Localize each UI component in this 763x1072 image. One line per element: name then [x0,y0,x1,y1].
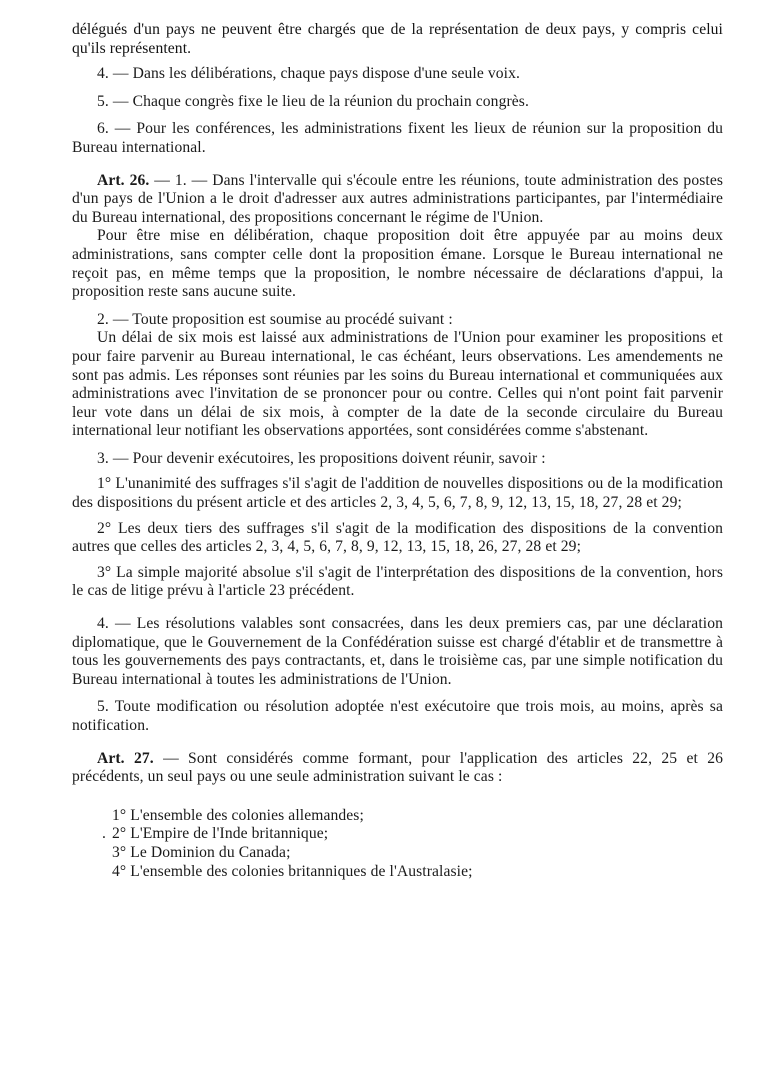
item-dash: — [115,120,131,137]
intro-item-5: 5. — Chaque congrès fixe le lieu de la r… [72,93,723,112]
item-text: Le Dominion du Canada; [130,844,290,861]
item-number: 1° [97,475,111,492]
list-item: 3° Le Dominion du Canada; [72,844,723,863]
item-number: 4. [97,65,109,82]
art26-paragraph-2: Un délai de six mois est laissé aux admi… [72,329,723,441]
intro-item-4: 4. — Dans les délibérations, chaque pays… [72,65,723,84]
paragraph-number: — 1. — [154,172,207,189]
item-number: 3° [97,564,111,581]
list-item: 4° L'ensemble des colonies britanniques … [72,863,723,882]
item-number: 2° [97,520,111,537]
art26-paragraph-4: 4. — Les résolutions valables sont consa… [72,615,723,689]
item-text: L'ensemble des colonies britanniques de … [130,863,472,880]
item-text: La simple majorité absolue s'il s'agit d… [72,564,723,600]
item-text: Les deux tiers des suffrages s'il s'agit… [72,520,723,556]
item-dash: — [113,65,129,82]
article-heading: Art. 27. [97,750,154,767]
stray-mark: . [102,825,106,844]
item-number: 4° [112,863,126,880]
item-text: Chaque congrès fixe le lieu de la réunio… [133,93,529,110]
item-number: 6. [97,120,109,137]
art26-paragraph-5: 5. Toute modification ou résolution adop… [72,698,723,735]
article-heading: Art. 26. [97,172,149,189]
art26-p3-item-2: 2° Les deux tiers des suffrages s'il s'a… [72,520,723,557]
art26-paragraph-2-heading: 2. — Toute proposition est soumise au pr… [72,311,723,330]
art26-paragraph-1: Art. 26. — 1. — Dans l'intervalle qui s'… [72,172,723,228]
art26-paragraph-3-heading: 3. — Pour devenir exécutoires, les propo… [72,450,723,469]
item-number: 2° [112,825,126,842]
item-dash: — [113,93,129,110]
document-page: délégués d'un pays ne peuvent être charg… [72,21,723,881]
art26-p3-item-1: 1° L'unanimité des suffrages s'il s'agit… [72,475,723,512]
art27-list: 1° L'ensemble des colonies allemandes; .… [72,807,723,881]
list-item: . 2° L'Empire de l'Inde britannique; [72,825,723,844]
art27-paragraph: Art. 27. — Sont considérés comme formant… [72,750,723,787]
art26-p3-item-3: 3° La simple majorité absolue s'il s'agi… [72,564,723,601]
paragraph-text: — Sont considérés comme formant, pour l'… [72,750,723,786]
item-text: L'Empire de l'Inde britannique; [130,825,328,842]
item-text: L'ensemble des colonies allemandes; [130,807,364,824]
item-text: Dans les délibérations, chaque pays disp… [133,65,520,82]
item-text: Pour les conférences, les administration… [72,120,723,156]
item-number: 1° [112,807,126,824]
art26-paragraph-1b: Pour être mise en délibération, chaque p… [72,227,723,301]
list-item: 1° L'ensemble des colonies allemandes; [72,807,723,826]
item-text: L'unanimité des suffrages s'il s'agit de… [72,475,723,511]
item-number: 5. [97,93,109,110]
intro-item-6: 6. — Pour les conférences, les administr… [72,120,723,157]
item-number: 3° [112,844,126,861]
intro-continuation: délégués d'un pays ne peuvent être charg… [72,21,723,58]
